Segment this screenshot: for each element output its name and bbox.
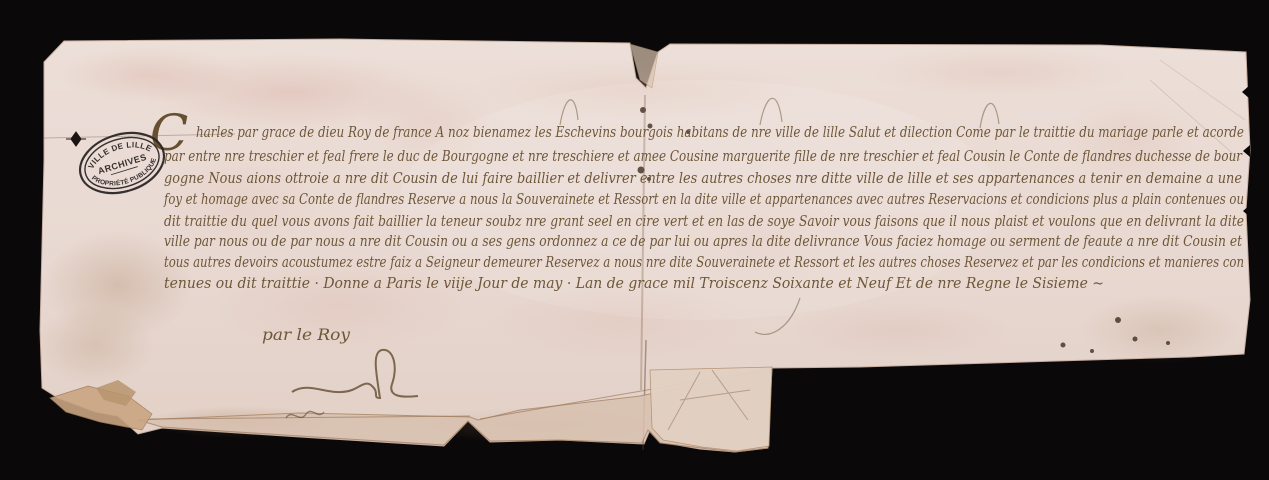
manuscript-line: tous autres devoirs acoustumez estre fai… (164, 253, 1244, 271)
speck (1133, 337, 1138, 342)
crumpled-corner (650, 367, 772, 451)
manuscript-line: gogne Nous aions ottroie a nre dit Cousi… (164, 169, 1242, 187)
manuscript-line: dit traittie du quel vous avons fait bai… (164, 212, 1244, 230)
byline-par-le-roy: par le Roy (262, 325, 351, 344)
stain (60, 47, 240, 103)
speck (1090, 349, 1094, 353)
speck (1061, 343, 1066, 348)
crumple-shape (650, 367, 772, 451)
stain (790, 302, 1010, 358)
speck (1115, 317, 1121, 323)
stain (870, 46, 1130, 98)
manuscript-line: par entre nre treschier et feal frere le… (164, 147, 1243, 165)
manuscript-line: foy et homage avec sa Conte de flandres … (163, 190, 1244, 208)
archival-photo: C harles par grace de dieu Roy de france… (0, 0, 1269, 480)
manuscript-line: tenues ou dit traittie · Donne a Paris l… (164, 274, 1104, 292)
speck (1166, 341, 1170, 345)
manuscript-line: ville par nous ou de par nous a nre dit … (164, 232, 1243, 250)
manuscript-line: harles par grace de dieu Roy de france A… (196, 123, 1244, 141)
stain (35, 305, 155, 385)
stain (1080, 295, 1240, 365)
